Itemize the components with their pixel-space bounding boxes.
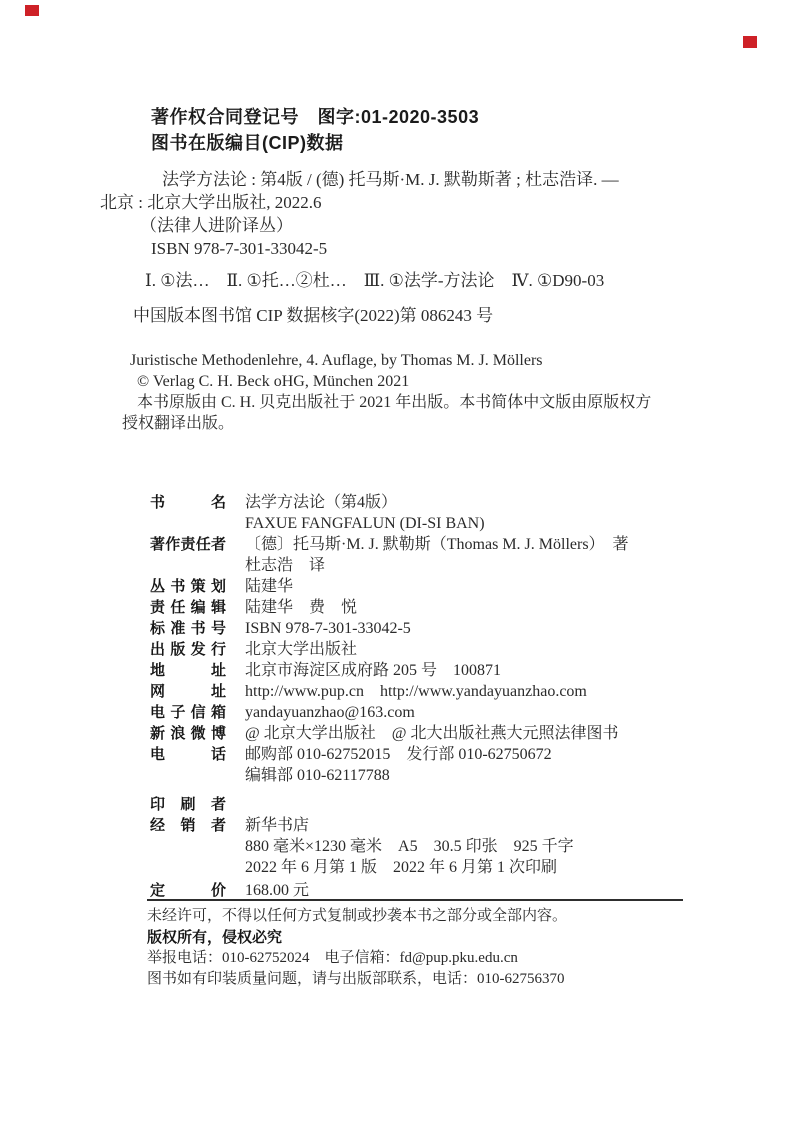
colophon-table: 书名 法学方法论（第4版） FAXUE FANGFALUN (DI-SI BAN… [0,492,808,901]
copyright-page: 著作权合同登记号 图字:01-2020-3503 图书在版编目(CIP)数据 法… [0,0,808,1134]
colophon-row-distributor: 经销者 新华书店 880 毫米×1230 毫米 A5 30.5 印张 925 千… [150,815,808,878]
row-value-line: 〔德〕托马斯·M. J. 默勒斯（Thomas M. J. Möllers） 著 [245,534,808,555]
horizontal-rule [147,899,683,901]
row-value-line: FAXUE FANGFALUN (DI-SI BAN) [245,513,808,534]
original-edition-block: Juristische Methodenlehre, 4. Auflage, b… [0,350,808,434]
row-label: 网址 [150,681,226,702]
row-label: 新浪微博 [150,723,226,744]
row-label: 责任编辑 [150,597,226,618]
colophon-row-address: 地址 北京市海淀区成府路 205 号 100871 [150,660,808,681]
red-mark-top-left [25,5,39,16]
row-value-line: 陆建华 [245,576,808,597]
row-label: 电话 [150,744,226,786]
colophon-row-printer: 印刷者 [150,794,808,815]
colophon-row-email: 电子信箱 yandayuanzhao@163.com [150,702,808,723]
cip-record-block: 法学方法论 : 第4版 / (德) 托马斯·M. J. 默勒斯著 ; 杜志浩译.… [0,168,808,327]
red-mark-right [743,36,757,48]
registration-number-line: 著作权合同登记号 图字:01-2020-3503 [151,104,808,130]
colophon-row-website: 网址 http://www.pup.cn http://www.yandayua… [150,681,808,702]
cip-title-line: 法学方法论 : 第4版 / (德) 托马斯·M. J. 默勒斯著 ; 杜志浩译.… [162,168,808,191]
row-value-line: 880 毫米×1230 毫米 A5 30.5 印张 925 千字 [245,836,808,857]
original-title-line: Juristische Methodenlehre, 4. Auflage, b… [130,350,808,371]
cip-publisher-line: 北京 : 北京大学出版社, 2022.6 [100,191,808,214]
row-value-line: 168.00 元 [245,880,808,901]
original-copyright-line: © Verlag C. H. Beck oHG, München 2021 [137,371,808,392]
header-block: 著作权合同登记号 图字:01-2020-3503 图书在版编目(CIP)数据 [0,104,808,156]
report-contact-line: 举报电话：010-62752024 电子信箱：fd@pup.pku.edu.cn [147,948,707,969]
row-value-line: 新华书店 [245,815,808,836]
translation-note-line-1: 本书原版由 C. H. 贝克出版社于 2021 年出版。本书简体中文版由原版权方 [137,392,808,413]
row-value-line: 北京大学出版社 [245,639,808,660]
colophon-row-editor: 责任编辑 陆建华 费 悦 [150,597,808,618]
rights-reserved-notice: 版权所有，侵权必究 [147,927,707,948]
row-label: 丛书策划 [150,576,226,597]
row-label: 定价 [150,880,226,901]
cip-series-line: （法律人进阶译丛） [140,214,808,237]
colophon-row-series-planner: 丛书策划 陆建华 [150,576,808,597]
cip-heading: 图书在版编目(CIP)数据 [151,130,808,156]
colophon-row-phone: 电话 邮购部 010-62752015 发行部 010-62750672 编辑部… [150,744,808,786]
no-copy-notice: 未经许可，不得以任何方式复制或抄袭本书之部分或全部内容。 [147,906,707,927]
colophon-row-isbn: 标准书号 ISBN 978-7-301-33042-5 [150,618,808,639]
row-value-line [245,794,808,815]
row-label: 地址 [150,660,226,681]
row-value-line: 陆建华 费 悦 [245,597,808,618]
quality-contact-line: 图书如有印装质量问题，请与出版部联系，电话：010-62756370 [147,969,707,990]
row-value-line: ISBN 978-7-301-33042-5 [245,618,808,639]
row-label: 书名 [150,492,226,534]
translation-note-line-2: 授权翻译出版。 [122,413,808,434]
row-value-line: 编辑部 010-62117788 [245,765,808,786]
row-value-line: 法学方法论（第4版） [245,492,808,513]
colophon-row-weibo: 新浪微博 @ 北京大学出版社 @ 北大出版社燕大元照法律图书 [150,723,808,744]
row-label: 标准书号 [150,618,226,639]
footer-notices: 未经许可，不得以任何方式复制或抄袭本书之部分或全部内容。 版权所有，侵权必究 举… [147,906,707,990]
cip-isbn-line: ISBN 978-7-301-33042-5 [151,237,808,260]
row-label: 印刷者 [150,794,226,815]
colophon-row-author: 著作责任者 〔德〕托马斯·M. J. 默勒斯（Thomas M. J. Möll… [150,534,808,576]
colophon-row-price: 定价 168.00 元 [150,880,808,901]
row-label: 经销者 [150,815,226,878]
row-value-line: 杜志浩 译 [245,555,808,576]
row-label: 著作责任者 [150,534,226,576]
row-value-line: @ 北京大学出版社 @ 北大出版社燕大元照法律图书 [245,723,808,744]
cip-catalog-number-line: 中国版本图书馆 CIP 数据核字(2022)第 086243 号 [133,304,808,327]
row-value-line: http://www.pup.cn http://www.yandayuanzh… [245,681,808,702]
colophon-row-publisher: 出版发行 北京大学出版社 [150,639,808,660]
row-label: 电子信箱 [150,702,226,723]
cip-classification-line: Ⅰ. ①法… Ⅱ. ①托…②杜… Ⅲ. ①法学-方法论 Ⅳ. ①D90-03 [145,269,808,292]
row-value-line: 2022 年 6 月第 1 版 2022 年 6 月第 1 次印刷 [245,857,808,878]
row-value-line: yandayuanzhao@163.com [245,702,808,723]
row-value-line: 邮购部 010-62752015 发行部 010-62750672 [245,744,808,765]
row-label: 出版发行 [150,639,226,660]
row-value-line: 北京市海淀区成府路 205 号 100871 [245,660,808,681]
colophon-row-title: 书名 法学方法论（第4版） FAXUE FANGFALUN (DI-SI BAN… [150,492,808,534]
